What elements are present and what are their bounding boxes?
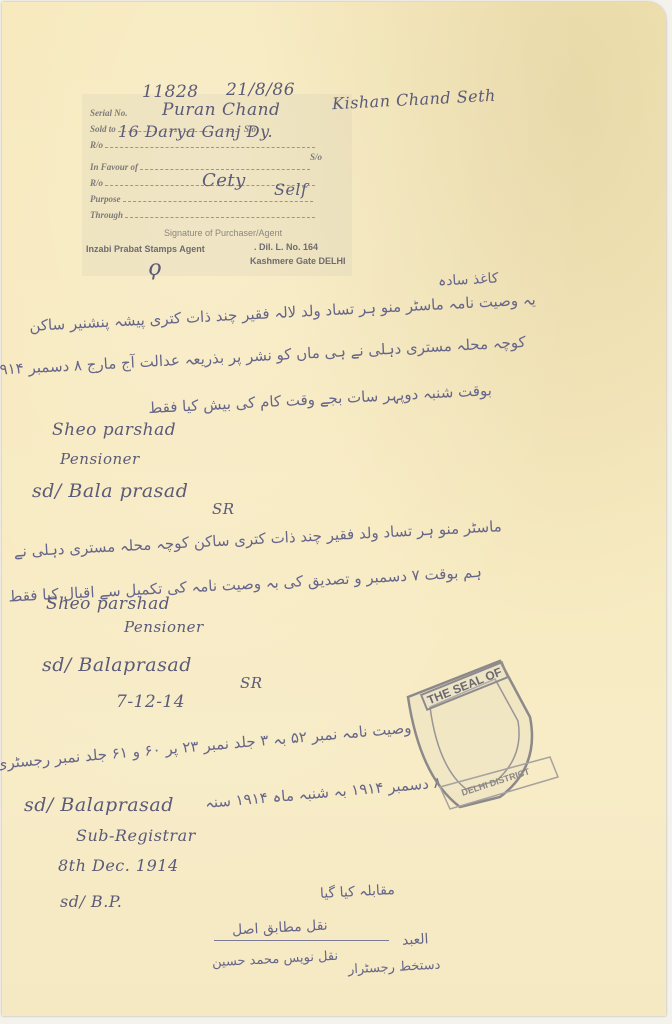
urdu-registration-line-2: ۸ دسمبر ۱۹۱۴ بہ شنبہ ماہ ۱۹۱۴ سنہ bbox=[152, 773, 442, 816]
through-label: Through bbox=[90, 210, 123, 220]
agent-address: Kashmere Gate DELHI bbox=[250, 256, 346, 266]
ro-row: R/o bbox=[90, 140, 315, 150]
attestation-2-date: 7-12-14 bbox=[116, 692, 185, 712]
registrar-initials: sd/ B.P. bbox=[60, 892, 122, 911]
urdu-paragraph-2-line-1: ماسٹر منو ہر تساد ولد فقیر چند ذات کتری … bbox=[12, 517, 502, 561]
signatory-name-1: Sheo parshad bbox=[52, 420, 176, 440]
registrar-signature: sd/ Balaprasad bbox=[24, 794, 174, 816]
attestation-1: sd/ Bala prasad bbox=[32, 480, 188, 502]
scanned-document-page: Serial No. Sold to S/o R/o S/o In Favour… bbox=[2, 2, 666, 1016]
footer-underline bbox=[214, 940, 389, 941]
sub-registrar-seal: THE SEAL OF DELHI DISTRICT bbox=[400, 657, 560, 817]
urdu-paragraph-1-line-3: بوقت شنبہ دوپہر سات بجے وقت کام کی بیش ک… bbox=[152, 381, 492, 417]
purchaser-name: Puran Chand bbox=[162, 100, 280, 120]
serial-row: Serial No. bbox=[90, 108, 128, 118]
stamp-date: 21/8/86 bbox=[226, 80, 295, 100]
signatory-title-1: Pensioner bbox=[60, 450, 140, 468]
urdu-footer-compared: مقابلہ کیا گیا bbox=[320, 882, 396, 902]
sold-to-label: Sold to bbox=[90, 124, 116, 134]
urdu-paragraph-1-line-2: کوچہ محلہ مستری دہلی نے ہی ماں کو نشر پر… bbox=[26, 333, 526, 377]
vendor-mark-icon: ϙ bbox=[148, 256, 162, 281]
agent-name: Inzabi Prabat Stamps Agent bbox=[86, 244, 205, 254]
attestation-1-initials: SR bbox=[212, 500, 235, 518]
serial-label: Serial No. bbox=[90, 108, 128, 118]
residence-city: Cety bbox=[202, 170, 246, 191]
signatory-title-2: Pensioner bbox=[124, 618, 204, 636]
ro-label: R/o bbox=[90, 140, 103, 150]
so2-label: S/o bbox=[310, 152, 322, 162]
license-number: . Dil. L. No. 164 bbox=[254, 242, 318, 252]
urdu-footer-signature-registrar: دستخط رجسٹرار bbox=[348, 958, 441, 978]
registration-date: 8th Dec. 1914 bbox=[58, 856, 179, 875]
signatory-name-2: Sheo parshad bbox=[46, 594, 170, 614]
urdu-footer-true-copy: نقل مطابق اصل bbox=[232, 918, 328, 939]
ro2-label: R/o bbox=[90, 178, 103, 188]
signature-caption: Signature of Purchaser/Agent bbox=[164, 228, 282, 238]
urdu-paragraph-1-line-1: یہ وصیت نامہ ماسٹر منو ہر تساد ولد لالہ … bbox=[16, 290, 536, 335]
father-name: Kishan Chand Seth bbox=[332, 86, 497, 114]
attestation-2-initials: SR bbox=[240, 674, 263, 692]
through-row: Through bbox=[90, 210, 315, 220]
urdu-footer-al-abd: العبد bbox=[402, 931, 429, 948]
attestation-2: sd/ Balaprasad bbox=[42, 654, 192, 676]
in-favour-label: In Favour of bbox=[90, 162, 138, 172]
so2-row: S/o bbox=[310, 152, 322, 162]
serial-number: 11828 bbox=[142, 82, 199, 102]
urdu-registration-line-1: وصیت نامہ نمبر ۵۲ بہ ۳ جلد نمبر ۲۳ پر ۶۰… bbox=[12, 719, 412, 772]
urdu-heading: کاغذ سادہ bbox=[438, 270, 499, 289]
registrar-title: Sub-Registrar bbox=[76, 826, 196, 845]
in-favour-row: In Favour of bbox=[90, 162, 310, 172]
urdu-footer-copyist: نقل نویس محمد حسین bbox=[212, 949, 339, 971]
urdu-paragraph-2-line-2: ہم بوقت ۷ دسمبر و تصدیق کی بہ وصیت نامہ … bbox=[132, 563, 482, 599]
residence: 16 Darya Ganj Dy. bbox=[118, 122, 273, 141]
purpose-value: Self bbox=[274, 180, 307, 199]
purpose-label: Purpose bbox=[90, 194, 121, 204]
